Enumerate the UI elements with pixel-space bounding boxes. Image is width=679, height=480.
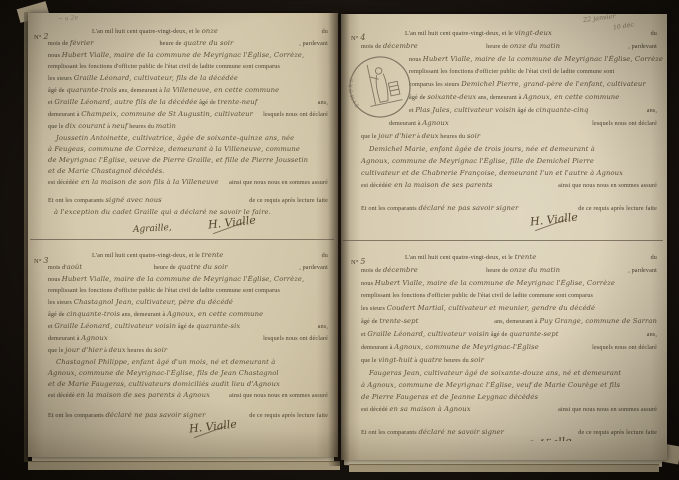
record-line: Faugeras Jean, cultivateur âgé de soixan…: [361, 367, 657, 379]
register-page-right: 22 janvier 10 déc TIMBRE: [341, 14, 667, 460]
record-separator-line: [30, 239, 334, 240]
handwritten-text: trente: [202, 250, 224, 261]
handwritten-text: jour d'hier: [65, 345, 102, 356]
handwritten-text: Graille Léonard, autre fils de la décédé…: [54, 97, 197, 108]
record-body: L'an mil huit cent quatre-vingt-deux, et…: [28, 26, 338, 218]
record-line: Agnoux, commune de Meyrignac-l'Église, f…: [48, 368, 328, 379]
printed-text: âgé de: [198, 98, 218, 109]
handwritten-text: Agnoux, commune de Meyrignac l'Église, f…: [361, 155, 594, 167]
printed-text: les sieurs: [48, 298, 74, 309]
signature-row: H. Vialle: [341, 217, 667, 237]
printed-text: de ce requis après lecture faite: [578, 203, 657, 215]
handwritten-text: deux: [422, 130, 439, 142]
signature: Agraille,: [133, 223, 172, 235]
handwritten-text: Puy Grange, commune de Sarran: [539, 315, 657, 327]
handwritten-text: Coudert Martial, cultivateur et meunier,…: [387, 302, 595, 314]
record-line: nous Hubert Vialle, maire de la commune …: [361, 277, 657, 290]
handwritten-text: Graille Léonard, cultivateur voisin: [54, 321, 176, 332]
printed-text: remplissant les fonctions d'officier pub…: [48, 286, 280, 297]
handwritten-text: quatre du soir: [177, 262, 227, 273]
record-line: que le jour d'hier à deux heures du soir: [361, 130, 657, 143]
record-line: de Meyrignac l'Église, veuve de Pierre G…: [48, 155, 328, 166]
handwritten-text: Agnoux: [81, 333, 108, 344]
handwritten-text: onze du matin: [510, 40, 560, 52]
printed-text: ans, demeurant à: [476, 92, 523, 104]
handwritten-text: cultivateur et de Chabrerie Françoise, d…: [361, 167, 623, 179]
printed-text: ans, demeurant à: [494, 316, 539, 328]
death-record-no5: N° 5 L'an mil huit cent quatre-vingt-deu…: [341, 243, 667, 441]
printed-text: L'an mil huit cent quatre-vingt-deux, et…: [405, 252, 515, 264]
printed-text: âgé de: [361, 316, 379, 328]
printed-text: mois de: [48, 39, 70, 50]
printed-text: ans,: [647, 329, 657, 341]
record-line: les sieurs Coudert Martial, cultivateur …: [361, 302, 657, 315]
handwritten-text: Hubert Vialle, maire de la commune de Me…: [62, 50, 305, 61]
printed-text: de ce requis après lecture faite: [578, 427, 657, 439]
printed-text: heure de: [154, 263, 178, 274]
printed-text: que le: [361, 131, 378, 143]
handwritten-text: matin: [156, 121, 176, 132]
printed-text: que le: [48, 122, 65, 133]
handwritten-text: quatre du soir: [183, 38, 233, 49]
handwritten-text: Champeix, commune de St Augustin, cultiv…: [81, 109, 253, 120]
handwritten-text: onze: [202, 26, 218, 37]
printed-text: ans,: [318, 98, 328, 109]
handwritten-text: quarante-sept: [509, 328, 558, 340]
handwritten-text: onze du matin: [510, 264, 560, 276]
printed-text: heures du: [439, 131, 467, 143]
printed-text: lesquels nous ont déclaré: [592, 342, 657, 354]
record-line: Et ont les comparants signé avec nousde …: [48, 195, 328, 207]
printed-text: du: [651, 252, 657, 264]
handwritten-text: février: [70, 38, 94, 49]
handwritten-text: Agnoux, commune de Meyrignac-l'Église: [394, 341, 539, 353]
record-line: à Agnoux, commune de Meyrignac l'Église,…: [361, 379, 657, 391]
printed-text: de ce requis après lecture faite: [249, 196, 328, 207]
record-line: demeurant à Agnouxlesquels nous ont décl…: [48, 333, 328, 345]
printed-text: L'an mil huit cent quatre-vingt-deux, et…: [405, 28, 515, 40]
page-stack-edge: [28, 461, 340, 470]
handwritten-text: signé avec nous: [105, 195, 161, 206]
record-line: nous Hubert Vialle, maire de la commune …: [48, 274, 328, 286]
record-line: demeurant à Champeix, commune de St Augu…: [48, 109, 328, 121]
handwritten-text: soir: [467, 130, 480, 142]
handwritten-text: quatre: [419, 354, 442, 366]
printed-text: ans,: [318, 322, 328, 333]
handwritten-text: en la maison de ses parents à Agnoux: [76, 390, 210, 401]
printed-text: , pardevant: [299, 39, 328, 50]
handwritten-text: neuf: [112, 121, 128, 132]
handwritten-text: la Villeneuve, en cette commune: [164, 85, 279, 96]
record-body: L'an mil huit cent quatre-vingt-deux, et…: [28, 250, 338, 422]
handwritten-text: e en la maison de son fils à la Villeneu…: [75, 177, 219, 188]
record-line: remplissant les fonctions d'officier pub…: [361, 290, 657, 302]
handwritten-text: soir: [154, 345, 167, 356]
record-line: et de Marie Faugeras, cultivateurs domic…: [48, 379, 328, 390]
record-line: les sieurs Chastagnol Jean, cultivateur,…: [48, 297, 328, 309]
record-line: Agnoux, commune de Meyrignac l'Église, f…: [361, 155, 657, 167]
printed-text: lesquels nous ont déclaré: [263, 334, 328, 345]
record-line: Et ont les comparants déclaré ne savoir …: [361, 426, 657, 439]
record-line: et Graille Léonard, cultivateur voisin â…: [361, 328, 657, 341]
record-number: N° 2: [34, 26, 49, 44]
handwritten-text: Hubert Vialle, maire de la commune de Me…: [375, 277, 615, 289]
handwritten-text: quarante-trois: [66, 85, 117, 96]
page-stack-edge: [349, 464, 659, 472]
printed-text: demeurant à: [389, 118, 422, 130]
printed-text: demeurant à: [361, 342, 394, 354]
handwritten-text: Demichel Pierre, grand-père de l'enfant,…: [461, 78, 645, 90]
handwritten-text: et de Marie Faugeras, cultivateurs domic…: [48, 379, 280, 390]
printed-text: nous: [409, 54, 423, 66]
record-line: à Feugeas, commune de Corrèze, demeurant…: [48, 144, 328, 155]
record-line: mois de décembreheure de onze du matin, …: [361, 264, 657, 277]
record-line: Demichel Marie, enfant âgée de trois jou…: [361, 143, 657, 155]
signature-row: Agraille,H. Vialle: [28, 220, 338, 237]
register-page-left: ~ u 2e N° 2 L'an mil huit cent quatre-vi…: [28, 13, 338, 457]
handwritten-text: déclaré ne savoir signer: [418, 426, 504, 438]
record-line: demeurant à Agnouxlesquels nous ont décl…: [361, 117, 657, 130]
record-line: mois de févrierheure de quatre du soir, …: [48, 38, 328, 50]
record-body: L'an mil huit cent quatre-vingt-deux, et…: [341, 251, 667, 439]
handwritten-text: Plas Jules, cultivateur voisin: [415, 104, 515, 116]
record-line: remplissant les fonctions d'officier pub…: [48, 286, 328, 297]
handwritten-text: cinquante-cinq: [536, 104, 589, 116]
handwritten-text: trente-neuf: [218, 97, 258, 108]
handwritten-text: trente-sept: [379, 315, 418, 327]
printed-text: heure de: [486, 265, 510, 277]
printed-text: de ce requis après lecture faite: [249, 411, 328, 422]
printed-text: Et ont les comparants: [361, 427, 418, 439]
record-line: âgé de quarante-trois ans, demeurant à l…: [48, 85, 328, 97]
pencil-annotation: ~ u 2e: [58, 14, 79, 22]
handwritten-text: à Feugeas, commune de Corrèze, demeurant…: [48, 144, 300, 155]
handwritten-text: quarante-six: [196, 321, 240, 332]
printed-text: remplissant les fonctions d'officier pub…: [361, 290, 593, 302]
printed-text: demeurant à: [48, 334, 81, 345]
printed-text: nous: [48, 51, 62, 62]
death-record-no4: TIMBRE N° 4 L'an mil huit cent quatre-vi…: [341, 14, 667, 238]
handwritten-text: de Meyrignac l'Église, veuve de Pierre G…: [48, 155, 308, 166]
record-line: Et ont les comparants déclaré ne pas sav…: [48, 410, 328, 422]
printed-text: ans, demeurant à: [117, 86, 164, 97]
handwritten-text: Demichel Marie, enfant âgée de trois jou…: [369, 143, 595, 155]
record-line: est décédée en la maison de ses parentsa…: [361, 179, 657, 192]
printed-text: Et ont les comparants: [48, 196, 105, 207]
handwritten-text: e en la maison de ses parents: [388, 179, 493, 191]
handwritten-text: trente: [515, 251, 537, 263]
printed-text: lesquels nous ont déclaré: [592, 118, 657, 130]
printed-text: Et ont les comparants: [361, 203, 418, 215]
record-line: L'an mil huit cent quatre-vingt-deux, et…: [361, 251, 657, 264]
record-line: Chastagnol Philippe, enfant âgé d'un moi…: [48, 357, 328, 368]
handwritten-text: Graille Léonard, cultivateur voisin: [367, 328, 489, 340]
record-line: âgé de trente-septans, demeurant à Puy G…: [361, 315, 657, 328]
printed-text: que le: [361, 355, 378, 367]
printed-text: lesquels nous ont déclaré: [263, 110, 328, 121]
death-record-no2: N° 2 L'an mil huit cent quatre-vingt-deu…: [28, 13, 338, 237]
handwritten-text: Hubert Vialle, maire de la commune de Me…: [62, 274, 305, 285]
handwritten-text: dix courant: [65, 121, 105, 132]
printed-text: est décédé: [361, 404, 389, 416]
record-line: est décédé en sa maison à Agnouxainsi qu…: [361, 403, 657, 416]
printed-text: comparus les sieurs: [409, 79, 461, 91]
printed-text: âgé de: [48, 86, 66, 97]
printed-text: , pardevant: [628, 265, 657, 277]
record-line: que le vingt-huit à quatre heures du soi…: [361, 354, 657, 367]
handwritten-text: Hubert Vialle, maire de la commune de Me…: [423, 53, 663, 65]
book-scan: ~ u 2e N° 2 L'an mil huit cent quatre-vi…: [0, 0, 679, 480]
record-line: L'an mil huit cent quatre-vingt-deux, et…: [48, 26, 328, 38]
handwritten-text: Agnoux, commune de Meyrignac-l'Église, f…: [48, 368, 279, 379]
printed-text: heures du: [126, 346, 154, 357]
printed-text: du: [322, 251, 328, 262]
printed-text: remplissant les fonctions d'officier pub…: [409, 66, 614, 78]
printed-text: ainsi que nous nous en sommes assuré: [558, 180, 657, 192]
handwritten-text: août: [67, 262, 83, 273]
handwritten-text: Agnoux, en cette commune: [167, 309, 263, 320]
handwritten-text: jour d'hier: [378, 130, 415, 142]
handwritten-text: cinquante-trois: [66, 309, 120, 320]
printed-text: heures du: [128, 122, 156, 133]
printed-text: les sieurs: [48, 74, 74, 85]
printed-text: , pardevant: [299, 263, 328, 274]
printed-text: demeurant à: [48, 110, 81, 121]
handwritten-text: Chastagnol Philippe, enfant âgé d'un moi…: [56, 357, 275, 368]
record-number: N° 4: [351, 27, 366, 45]
record-line: et de Marie Chastagnol décédés.: [48, 166, 328, 177]
handwritten-text: à Agnoux, commune de Meyrignac l'Église,…: [361, 379, 620, 391]
record-line: et Graille Léonard, cultivateur voisin â…: [48, 321, 328, 333]
record-line: que le jour d'hier à deux heures du soir: [48, 345, 328, 357]
printed-text: ainsi que nous nous en sommes assuré: [558, 404, 657, 416]
printed-text: est décédé: [361, 180, 388, 192]
handwritten-text: Chastagnol Jean, cultivateur, père du dé…: [74, 297, 233, 308]
handwritten-text: Agnoux: [422, 117, 449, 129]
printed-text: L'an mil huit cent quatre-vingt-deux, et…: [92, 27, 202, 38]
handwritten-text: soixante-deux: [427, 91, 476, 103]
handwritten-text: et de Marie Chastagnol décédés.: [48, 166, 164, 177]
record-line: Et ont les comparants déclaré ne pas sav…: [361, 202, 657, 215]
handwritten-text: déclaré ne pas savoir signer: [105, 410, 205, 421]
printed-text: nous: [361, 278, 375, 290]
printed-text: est décédé: [48, 391, 76, 402]
handwritten-text: Joussetin Antoinette, cultivatrice, âgée…: [56, 133, 294, 144]
printed-text: nous: [48, 275, 62, 286]
printed-text: ans, demeurant à: [120, 310, 167, 321]
handwritten-text: deux: [109, 345, 126, 356]
record-line: est décédé en la maison de ses parents à…: [48, 390, 328, 402]
death-record-no3: N° 3 L'an mil huit cent quatre-vingt-deu…: [28, 242, 338, 440]
record-line: mois d'aoûtheure de quatre du soir, pard…: [48, 262, 328, 274]
printed-text: heure de: [486, 41, 510, 53]
printed-text: , pardevant: [628, 41, 657, 53]
printed-text: les sieurs: [361, 303, 387, 315]
record-line: cultivateur et de Chabrerie Françoise, d…: [361, 167, 657, 179]
printed-text: heures du: [442, 355, 470, 367]
printed-text: que le: [48, 346, 65, 357]
record-line: à l'exception du cadet Graille qui a déc…: [48, 207, 328, 218]
handwritten-text: Graille Léonard, cultivateur, fils de la…: [74, 73, 238, 84]
handwritten-text: vingt-huit: [378, 354, 412, 366]
printed-text: ainsi que nous nous en sommes assuré: [229, 178, 328, 189]
record-line: et Graille Léonard, autre fils de la déc…: [48, 97, 328, 109]
printed-text: Et ont les comparants: [48, 411, 105, 422]
record-line: est décédée en la maison de son fils à l…: [48, 177, 328, 189]
record-line: demeurant à Agnoux, commune de Meyrignac…: [361, 341, 657, 354]
record-line: les sieurs Graille Léonard, cultivateur,…: [48, 73, 328, 85]
handwritten-text: déclaré ne pas savoir signer: [418, 202, 518, 214]
printed-text: remplissant les fonctions d'officier pub…: [48, 62, 280, 73]
printed-text: L'an mil huit cent quatre-vingt-deux, et…: [92, 251, 202, 262]
record-line: nous Hubert Vialle, maire de la commune …: [48, 50, 328, 62]
printed-text: âgé de: [489, 329, 509, 341]
handwritten-text: décembre: [383, 264, 418, 276]
printed-text: âgé de: [516, 105, 536, 117]
handwritten-text: soir: [471, 354, 484, 366]
handwritten-text: en sa maison à Agnoux: [389, 403, 470, 415]
printed-text: du: [322, 27, 328, 38]
record-line: âgé de cinquante-trois ans, demeurant à …: [48, 309, 328, 321]
record-line: que le dix courant à neuf heures du mati…: [48, 121, 328, 133]
signature-row: H. Vialle: [28, 424, 338, 440]
record-line: de Pierre Faugeras et de Jeanne Leygnac …: [361, 391, 657, 403]
printed-text: ans,: [647, 105, 657, 117]
handwritten-text: vingt-deux: [515, 27, 552, 39]
record-line: Joussetin Antoinette, cultivatrice, âgée…: [48, 133, 328, 144]
handwritten-text: Faugeras Jean, cultivateur âgé de soixan…: [369, 367, 621, 379]
handwritten-text: de Pierre Faugeras et de Jeanne Leygnac …: [361, 391, 538, 403]
printed-text: ainsi que nous nous en sommes assuré: [229, 391, 328, 402]
printed-text: âgé de: [176, 322, 196, 333]
printed-text: heure de: [159, 39, 183, 50]
printed-text: âgé de: [48, 310, 66, 321]
record-line: L'an mil huit cent quatre-vingt-deux, et…: [48, 250, 328, 262]
timbre-stamp-icon: TIMBRE: [341, 48, 419, 126]
printed-text: du: [651, 28, 657, 40]
record-line: remplissant les fonctions d'officier pub…: [48, 62, 328, 73]
printed-text: mois d': [48, 263, 67, 274]
record-separator-line: [343, 240, 663, 241]
record-number: N° 5: [351, 251, 366, 269]
printed-text: est décédé: [48, 178, 75, 189]
record-number: N° 3: [34, 250, 49, 268]
handwritten-text: Agnoux, en cette commune: [523, 91, 619, 103]
